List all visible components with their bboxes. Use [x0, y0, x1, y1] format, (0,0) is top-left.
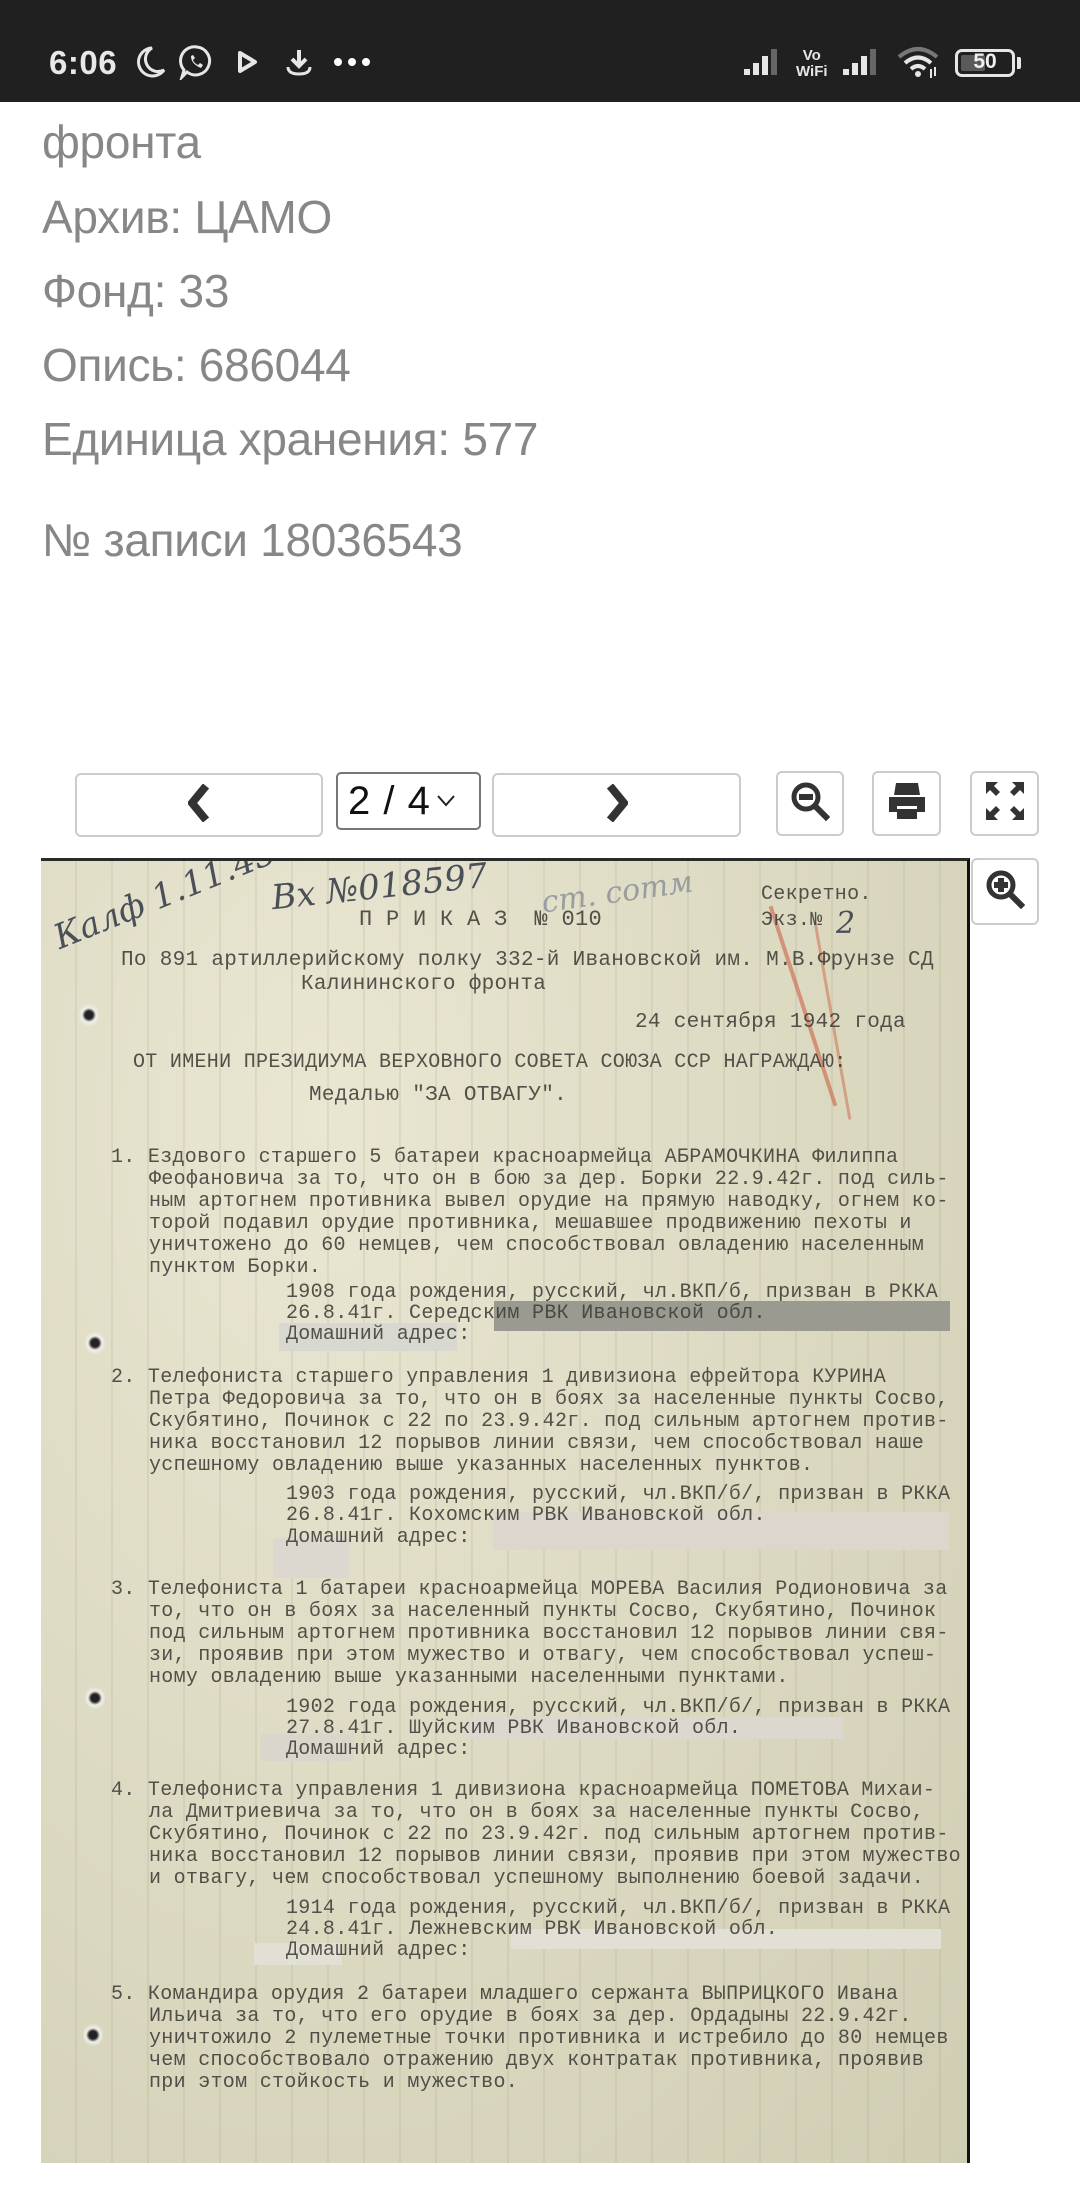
document-line: 1902 года рождения, русский, чл.ВКП/б/, …: [286, 1696, 950, 1719]
document-line: Ильича за то, что его орудие в боях за д…: [149, 2005, 912, 2028]
document-line: уничтожило 2 пулеметные точки противника…: [149, 2027, 949, 2050]
document-line: 4. Телефониста управления 1 дивизиона кр…: [111, 1779, 935, 1802]
document-line: Секретно.: [761, 883, 872, 906]
opis-label: Опись: 686044: [42, 338, 351, 392]
play-icon: [237, 44, 259, 80]
document-line: 1908 года рождения, русский, чл.ВКП/б, п…: [286, 1281, 938, 1304]
document-line: Домашний адрес:: [286, 1738, 471, 1761]
fullscreen-button[interactable]: [970, 771, 1039, 836]
zoom-out-icon: [790, 781, 830, 826]
page-select[interactable]: 2 / 4: [336, 772, 481, 830]
document-line: Домашний адрес:: [286, 1526, 471, 1549]
document-line: пунктом Борки.: [149, 1256, 321, 1279]
document-line: Петра Федоровича за то, что он в боях за…: [149, 1388, 949, 1411]
document-line: Феофановича за то, что он в бою за дер. …: [149, 1168, 949, 1191]
wifi-icon: [897, 44, 941, 80]
document-scan[interactable]: Калф 1.11.43 Вх №018597 ст. сотм 2 П Р И…: [41, 858, 970, 2163]
document-line: и отвагу, чем способствовал успешному вы…: [149, 1867, 924, 1890]
document-line: ника восстановил 12 порывов линии связи,…: [149, 1432, 924, 1455]
vowifi-top: Vo: [796, 48, 828, 64]
document-line: Скубятино, Починок с 22 по 23.9.42г. под…: [149, 1823, 949, 1846]
zoom-in-button[interactable]: [971, 858, 1039, 925]
battery-level: 50: [958, 50, 1012, 74]
fullscreen-icon: [984, 780, 1026, 827]
document-line: ному овладению выше указанными населенны…: [149, 1666, 789, 1689]
front-name-tail: фронта: [42, 115, 201, 169]
zoom-out-button[interactable]: [776, 771, 844, 836]
vowifi-bottom: WiFi: [796, 64, 828, 80]
handwritten-corner-note: Калф 1.11.43: [48, 858, 281, 958]
document-line: зи, проявив при этом мужество и отвагу, …: [149, 1644, 936, 1667]
document-line: 24 сентября 1942 года: [635, 1011, 906, 1034]
document-line: уничтожено до 60 немцев, чем способствов…: [149, 1234, 924, 1257]
document-line: 26.8.41г. Середским РВК Ивановской обл.: [286, 1302, 766, 1325]
document-line: ОТ ИМЕНИ ПРЕЗИДИУМА ВЕРХОВНОГО СОВЕТА СО…: [133, 1051, 847, 1074]
document-line: 3. Телефониста 1 батареи красноармейца М…: [111, 1578, 948, 1601]
handwritten-copy-number: 2: [836, 906, 855, 941]
signal-icon: [843, 44, 883, 80]
battery-icon: 50: [955, 49, 1015, 77]
document-line: Скубятино, Починок с 22 по 23.9.42г. под…: [149, 1410, 949, 1433]
document-line: под сильным артогнем противника восстано…: [149, 1622, 949, 1645]
chevron-left-icon: [188, 784, 210, 827]
document-line: чем способствовало отражению двух контра…: [149, 2049, 924, 2072]
red-pencil-mark: [769, 906, 838, 1107]
record-number: № записи 18036543: [42, 513, 462, 567]
document-line: Домашний адрес:: [286, 1939, 471, 1962]
document-line: при этом стойкость и мужество.: [149, 2071, 518, 2094]
document-line: то, что он в боях за населенный пункты С…: [149, 1600, 936, 1623]
document-line: По 891 артиллерийскому полку 332-й Ивано…: [121, 949, 934, 972]
document-line: ным артогнем противника вывел орудие на …: [149, 1190, 949, 1213]
print-button[interactable]: [872, 771, 941, 836]
document-line: 24.8.41г. Лежневским РВК Ивановской обл.: [286, 1918, 778, 1941]
document-line: Калининского фронта: [301, 973, 546, 996]
document-line: Домашний адрес:: [286, 1323, 471, 1346]
page-select-value: 2 / 4: [348, 779, 431, 824]
document-line: 1903 года рождения, русский, чл.ВКП/б/, …: [286, 1483, 950, 1506]
battery-tip: [1017, 57, 1021, 69]
signal-icon: [744, 44, 784, 80]
download-icon: [284, 44, 314, 80]
document-line: успешному овладению выше указанных насел…: [149, 1454, 813, 1477]
fond-label: Фонд: 33: [42, 264, 229, 318]
document-line: ника восстановил 12 порывов линии связи,…: [149, 1845, 961, 1868]
document-line: 27.8.41г. Шуйским РВК Ивановской обл.: [286, 1717, 741, 1740]
punch-hole: [79, 1003, 99, 1027]
more-dots-icon: [333, 44, 373, 80]
chevron-down-icon: [437, 794, 455, 812]
chevron-right-icon: [606, 784, 628, 827]
whatsapp-icon: [179, 44, 215, 80]
next-page-button[interactable]: [492, 773, 741, 837]
document-line: ла Дмитриевича за то, что он в боях за н…: [149, 1801, 924, 1824]
punch-hole: [85, 1686, 105, 1710]
document-line: 2. Телефониста старшего управления 1 див…: [111, 1366, 886, 1389]
storage-unit-label: Единица хранения: 577: [42, 412, 538, 466]
archive-label: Архив: ЦАМО: [42, 190, 332, 244]
prev-page-button[interactable]: [75, 773, 323, 837]
print-icon: [887, 781, 927, 826]
document-line: 1914 года рождения, русский, чл.ВКП/б/, …: [286, 1897, 950, 1920]
document-line: 26.8.41г. Кохомским РВК Ивановской обл.: [286, 1504, 766, 1527]
status-time: 6:06: [49, 44, 117, 82]
punch-hole: [83, 2023, 103, 2047]
zoom-in-icon: [985, 869, 1025, 914]
document-line: Экз.№: [761, 909, 823, 932]
moon-icon: [134, 44, 166, 80]
document-line: 1. Ездового старшего 5 батареи красноарм…: [111, 1146, 898, 1169]
document-line: Медалью "ЗА ОТВАГУ".: [309, 1084, 567, 1107]
document-line: 5. Командира орудия 2 батареи младшего с…: [111, 1983, 898, 2006]
status-bar: 6:06 Vo WiFi 50: [0, 0, 1080, 102]
document-line: П Р И К А З № 010: [359, 907, 602, 932]
punch-hole: [85, 1331, 105, 1355]
document-line: торой подавил орудие противника, мешавше…: [149, 1212, 912, 1235]
vowifi-icon: Vo WiFi: [796, 48, 828, 80]
